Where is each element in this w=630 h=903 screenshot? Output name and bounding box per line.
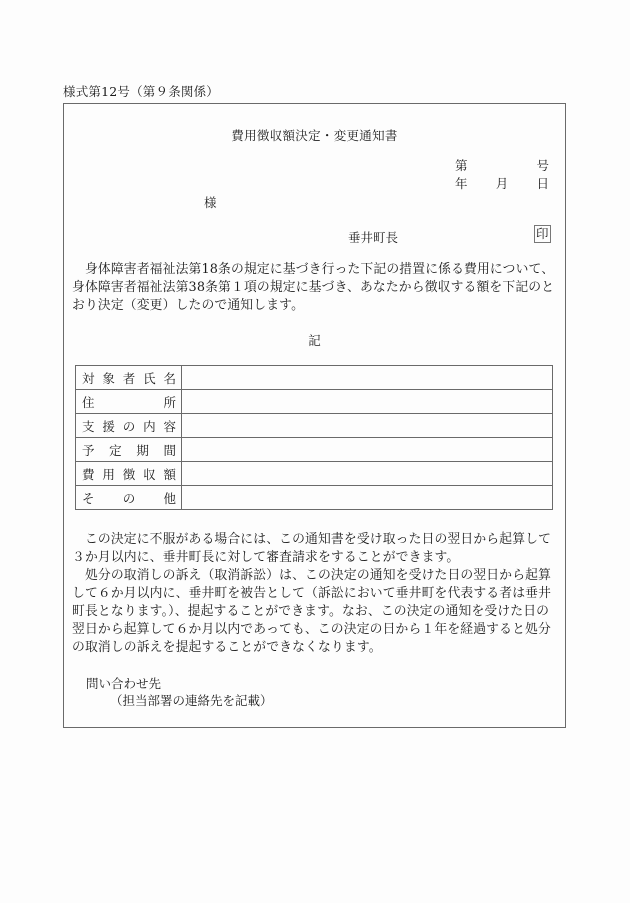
row-label-text: 支援の内容 [82, 417, 176, 435]
row-value [182, 390, 553, 414]
label-char: 支 [82, 417, 95, 435]
row-label-text: その他 [82, 489, 176, 507]
addressee-suffix: 様 [204, 193, 217, 211]
label-char: 所 [163, 393, 176, 411]
label-char: 者 [123, 369, 136, 387]
label-char: 内 [143, 417, 156, 435]
row-value [182, 462, 553, 486]
label-char: 期 [136, 441, 149, 459]
row-label: 住所 [76, 390, 182, 414]
row-value [182, 438, 553, 462]
date-day: 日 [536, 174, 549, 192]
table-row: 費用徴収額 [76, 462, 553, 486]
table-row: 支援の内容 [76, 414, 553, 438]
document-title: 費用徴収額決定・変更通知書 [64, 126, 565, 144]
row-label-text: 対象者氏名 [82, 369, 176, 387]
details-table: 対象者氏名住所支援の内容予定期間費用徴収額その他 [75, 365, 553, 510]
date-line: 年 月 日 [455, 174, 549, 192]
inquiry-label: 問い合わせ先 [86, 674, 161, 692]
form-number: 様式第12号（第９条関係） [63, 82, 219, 100]
inquiry-note: （担当部署の連絡先を記載） [110, 691, 273, 709]
label-char: 定 [109, 441, 122, 459]
row-value [182, 414, 553, 438]
seal-mark: 印 [534, 225, 551, 243]
row-label-text: 予定期間 [82, 441, 176, 459]
row-label-text: 住所 [82, 393, 176, 411]
table-row: 住所 [76, 390, 553, 414]
row-label: 予定期間 [76, 438, 182, 462]
document-number-line: 第 号 [455, 156, 549, 174]
table-row: 対象者氏名 [76, 366, 553, 390]
label-char: の [123, 417, 136, 435]
row-value [182, 486, 553, 510]
row-label: 対象者氏名 [76, 366, 182, 390]
row-label: 費用徴収額 [76, 462, 182, 486]
label-char: 収 [143, 465, 156, 483]
label-char: 氏 [143, 369, 156, 387]
label-char: 容 [163, 417, 176, 435]
notice-paragraph: この決定に不服がある場合には、この通知書を受け取った日の翌日から起算して３か月以… [72, 531, 558, 657]
label-char: の [123, 489, 136, 507]
label-char: 象 [102, 369, 115, 387]
label-char: 住 [82, 393, 95, 411]
issuer-name: 垂井町長 [348, 228, 398, 246]
label-char: 予 [82, 441, 95, 459]
date-year: 年 [455, 174, 468, 192]
date-month: 月 [496, 174, 509, 192]
label-char: 対 [82, 369, 95, 387]
label-char: 用 [102, 465, 115, 483]
table-row: 予定期間 [76, 438, 553, 462]
number-suffix: 号 [536, 156, 549, 174]
number-prefix: 第 [455, 156, 468, 174]
label-char: 費 [82, 465, 95, 483]
row-label-text: 費用徴収額 [82, 465, 176, 483]
label-char: そ [82, 489, 95, 507]
ki-heading: 記 [64, 331, 565, 349]
table-row: その他 [76, 486, 553, 510]
label-char: 間 [163, 441, 176, 459]
label-char: 援 [102, 417, 115, 435]
label-char: 徴 [123, 465, 136, 483]
label-char: 額 [163, 465, 176, 483]
lawsuit-notice: 処分の取消しの訴え（取消訴訟）は、この決定の通知を受けた日の翌日から起算して６か… [72, 568, 551, 655]
intro-paragraph: 身体障害者福祉法第18条の規定に基づき行った下記の措置に係る費用について、身体障… [72, 261, 558, 315]
row-label: 支援の内容 [76, 414, 182, 438]
appeal-notice: この決定に不服がある場合には、この通知書を受け取った日の翌日から起算して３か月以… [72, 532, 551, 565]
notice-frame: 費用徴収額決定・変更通知書 第 号 年 月 日 様 垂井町長 印 身体障害者福祉… [63, 103, 566, 728]
label-char: 他 [163, 489, 176, 507]
label-char: 名 [163, 369, 176, 387]
row-label: その他 [76, 486, 182, 510]
row-value [182, 366, 553, 390]
